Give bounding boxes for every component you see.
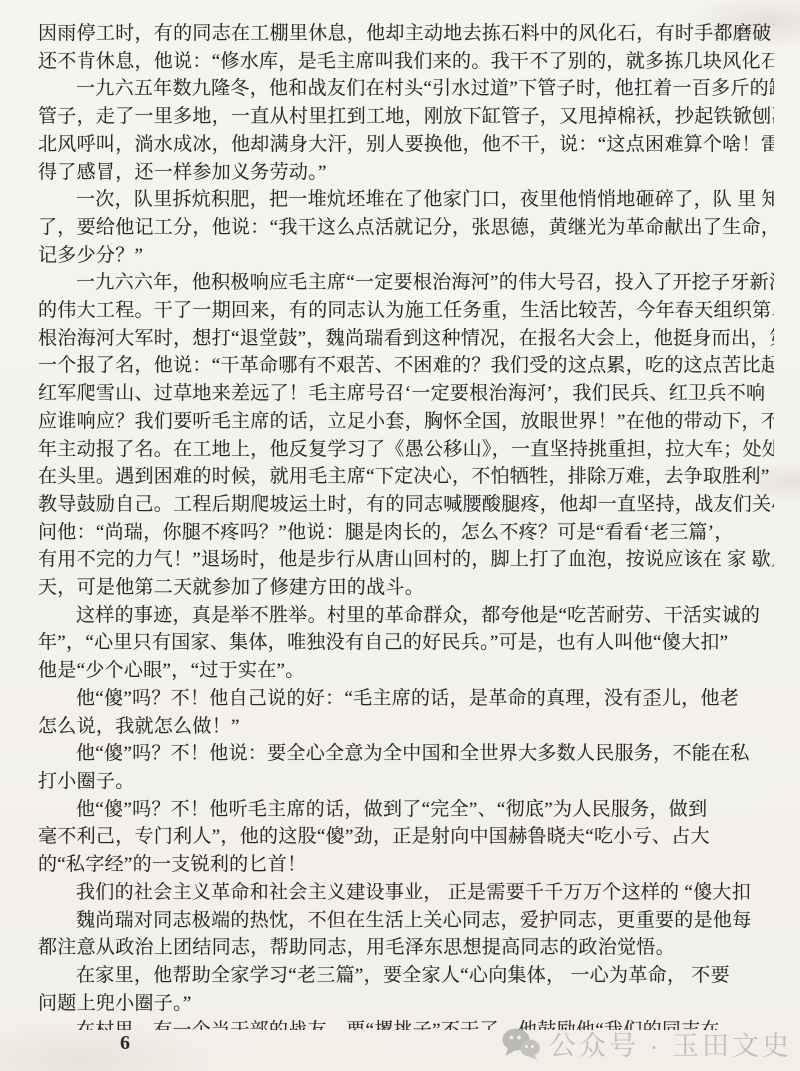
text-line: 一个报了名，他说：“干革命哪有不艰苦、不困难的？我们受的这点累，吃的这点苦比起 (38, 352, 774, 380)
text-line: 北风呼叫，淌水成冰，他却满身大汗，别人要换他，他不干，说：“这点困难算个啥！雷锋 (38, 131, 774, 159)
text-line: 在头里。遇到困难的时候，就用毛主席“下定决心，不怕牺牲，排除万难，去争取胜利” (38, 463, 774, 491)
text-line: 一九六五年数九隆冬，他和战友们在村头“引水过道”下管子时，他扛着一百多斤的缸 (38, 75, 774, 103)
text-line: 他是“少个心眼”，“过于实在”。 (38, 657, 774, 685)
text-line: 记多少分？” (38, 242, 774, 270)
text-line: 毫不利己，专门利人”，他的这股“傻”劲，正是射向中国赫鲁晓夫“吃小亏、占大 (38, 823, 774, 851)
text-line: 在家里，他帮助全家学习“老三篇”，要全家人“心向集体， 一心为革命， 不要 (38, 962, 774, 990)
text-line: 了，要给他记工分，他说：“我干这么点活就记分，张思德，黄继光为革命献出了生命，该 (38, 214, 774, 242)
wechat-icon (501, 1027, 541, 1061)
text-line: 这样的事迹，真是举不胜举。村里的革命群众，都夸他是“吃苦耐劳、干活实诚的 (38, 602, 774, 630)
text-line: 的“私字经”的一支锐利的匕首！ (38, 851, 774, 879)
text-line: 他“傻”吗？不！他自己说的好：“毛主席的话，是革命的真理，没有歪儿，他老 (38, 685, 774, 713)
text-line: 应谁响应？我们要听毛主席的话，立足小套，胸怀全国，放眼世界！”在他的带动下，不少 (38, 408, 774, 436)
text-line: 怎么说，我就怎么做！” (38, 713, 774, 741)
text-line: 我们的社会主义革命和社会主义建设事业， 正是需要千千万万个这样的 “傻大扣 (38, 879, 774, 907)
text-line: 管子，走了一里多地，一直从村里扛到工地，刚放下缸管子，又甩掉棉袄，抄起铁锨刨冻， (38, 103, 774, 131)
text-line: 得了感冒，还一样参加义务劳动。” (38, 159, 774, 187)
text-line: 打小圈子。 (38, 768, 774, 796)
text-line: 年”，“心里只有国家、集体，唯独没有自己的好民兵。”可是，也有人叫他“傻大扣” (38, 629, 774, 657)
scanned-document-page: 因雨停工时，有的同志在工棚里休息，他却主动地去拣石料中的风化石，有时手都磨破了，… (0, 0, 800, 1071)
text-line: 红军爬雪山、过草地来差远了！毛主席号召‘一定要根治海河’，我们民兵、红卫兵不响 (38, 380, 774, 408)
page-number: 6 (120, 1032, 130, 1055)
text-line: 教导鼓励自己。工程后期爬坡运土时，有的同志喊腰酸腿疼，他却一直坚持，战友们关心 (38, 491, 774, 519)
text-line: 还不肯休息，他说：“修水库，是毛主席叫我们来的。我干不了别的，就多拣几块风化石吧… (38, 48, 774, 76)
watermark-text: 公众号 · 玉田文史 (549, 1024, 792, 1063)
text-line: 都注意从政治上团结同志，帮助同志，用毛泽东思想提高同志的政治觉悟。 (38, 934, 774, 962)
text-line: 问他：“尚瑞，你腿不疼吗？”他说：腿是肉长的，怎么不疼？可是“看看‘老三篇’， (38, 519, 774, 547)
watermark: 公众号 · 玉田文史 (501, 1024, 792, 1063)
text-line: 的伟大工程。干了一期回来，有的同志认为施工任务重，生活比较苦，今年春天组织第二期 (38, 297, 774, 325)
text-line: 年主动报了名。在工地上，他反复学习了《愚公移山》，一直坚持挑重担，拉大车；处处 (38, 436, 774, 464)
text-line: 根治海河大军时，想打“退堂鼓”，魏尚瑞看到这种情况，在报名大会上，他挺身而出，第 (38, 325, 774, 353)
text-line: 有用不完的力气！”退场时，他是步行从唐山回村的，脚上打了血泡，按说应该在 家 歇… (38, 546, 774, 574)
text-line: 因雨停工时，有的同志在工棚里休息，他却主动地去拣石料中的风化石，有时手都磨破了， (38, 20, 774, 48)
text-line: 天，可是他第二天就参加了修建方田的战斗。 (38, 574, 774, 602)
document-body-text: 因雨停工时，有的同志在工棚里休息，他却主动地去拣石料中的风化石，有时手都磨破了，… (38, 20, 774, 1030)
text-line: 魏尚瑞对同志极端的热忱，不但在生活上关心同志，爱护同志，更重要的是他每 (38, 907, 774, 935)
text-line: 他“傻”吗？不！他说：要全心全意为全中国和全世界大多数人民服务，不能在私 (38, 740, 774, 768)
text-line: 一次，队里拆炕积肥，把一堆炕坯堆在了他家门口，夜里他悄悄地砸碎了，队 里 知 道 (38, 186, 774, 214)
text-line: 他“傻”吗？不！他听毛主席的话，做到了“完全”、“彻底”为人民服务，做到 (38, 796, 774, 824)
text-line: 一九六六年，他积极响应毛主席“一定要根治海河”的伟大号召，投入了开挖子牙新河 (38, 269, 774, 297)
text-line: 问题上兜小圈子。” (38, 990, 774, 1018)
